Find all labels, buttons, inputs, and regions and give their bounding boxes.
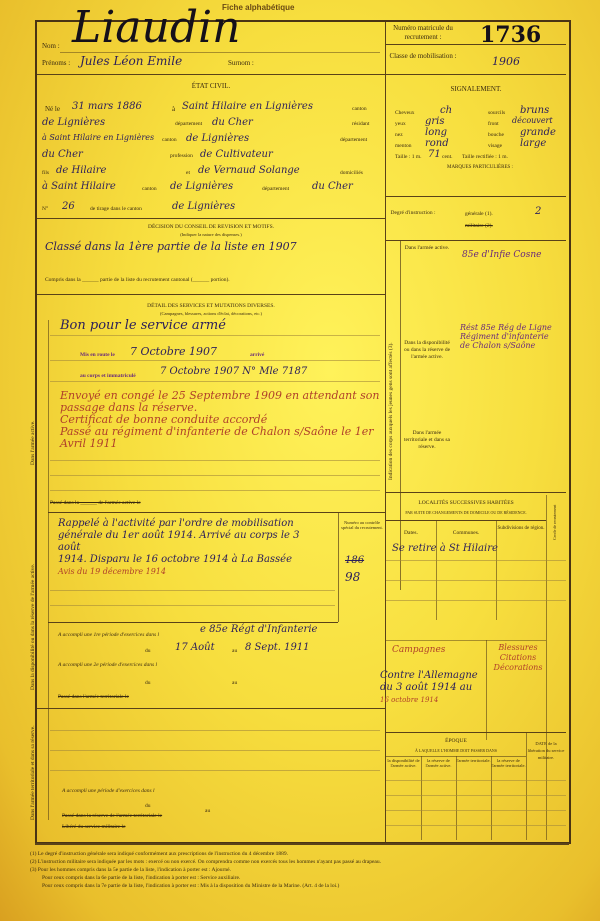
rule [50, 490, 380, 491]
decision-title: DÉCISION DU CONSEIL DE REVISION ET MOTIF… [37, 224, 385, 230]
numero-value-old: 186 [345, 555, 364, 566]
mother-name: de Vernaud Solange [198, 165, 300, 176]
birth-canton: de Lignières [42, 117, 105, 128]
localites-header-divider [386, 520, 546, 521]
mis-en-route-label: Mis en route le [80, 352, 115, 358]
tirage-label: de tirage dans le canton [90, 206, 142, 212]
birth-date: 31 mars 1886 [72, 101, 142, 112]
visage-label: visage [488, 143, 502, 149]
et-label: et [186, 170, 190, 176]
rappel-line-4: Avis du 19 décembre 1914 [58, 566, 313, 578]
tirage-no-label: N° [42, 206, 48, 212]
rappel-entries: Rappelé à l'activité par l'ordre de mobi… [58, 518, 313, 578]
arrive-label: arrivé [250, 352, 264, 358]
classe-divider [386, 74, 566, 75]
epoque-title: ÉPOQUE [386, 738, 526, 744]
ne-le-label: Né le [45, 105, 60, 113]
periode1-corps: e 85e Régt d'Infanterie [200, 624, 317, 635]
epoque-col-sep [526, 732, 527, 840]
rule [50, 730, 380, 731]
rule [50, 381, 380, 382]
territoriale-divider [37, 708, 385, 709]
campagne-line-3: 16 octobre 1914 [380, 694, 490, 706]
campagnes-value: Contre l'Allemagne du 3 août 1914 au 16 … [380, 670, 490, 706]
instruction-divider [386, 240, 566, 241]
menton-value: rond [425, 138, 449, 149]
passe-territoriale: Passé dans l'armée territoriale le [58, 694, 129, 700]
periode-terr-du: du [145, 803, 151, 809]
nez-value: long [425, 127, 447, 138]
profession: de Cultivateur [200, 149, 273, 160]
epoque-col-territoriale: l'armée territoriale. [456, 758, 491, 763]
surnom-label: Surnom : [228, 59, 254, 67]
periode1-au: 8 Sept. 1911 [245, 642, 310, 653]
corps-disponibilite-value: Rést 85e Rég de Ligne Régiment d'infante… [460, 323, 565, 350]
rule [386, 580, 566, 581]
compris-label: Compris dans la ______ partie de la list… [45, 277, 230, 283]
rule [50, 360, 380, 361]
residence: à Saint Hilaire en Lignières [42, 133, 154, 142]
au-corps-value: 7 Octobre 1907 N° Mle 7187 [160, 366, 307, 377]
blessures-label: Blessures Citations Décorations [488, 643, 548, 673]
epoque-col-reserve-territoriale: la réserve de l'armée territoriale. [491, 758, 526, 768]
taille-label: Taille : 1 m. [395, 154, 422, 160]
taille-value: 71 [428, 149, 441, 160]
localites-col-sep [436, 520, 437, 620]
instruction-generale-label: générale (1). [465, 211, 493, 217]
front-value: découvert [512, 116, 553, 125]
epoque-col-sep [491, 756, 492, 840]
localites-col-dates: Dates. [386, 530, 436, 536]
birth-place: Saint Hilaire en Lignières [182, 101, 313, 112]
epoque-divider [386, 732, 566, 733]
periode-terr-label: A accompli une période d'exercices dans … [62, 788, 155, 794]
services-side-territoriale: Dans l'armée territoriale et dans sa rés… [30, 725, 36, 820]
rappel-line-3: 1914. Disparu le 16 octobre 1914 à La Ba… [58, 554, 313, 566]
corps-territoriale-label: Dans l'armée territoriale et dans sa rés… [402, 430, 452, 451]
header-divider [37, 74, 385, 75]
service-entry-conge: Envoyé en congé le 25 Septembre 1909 en … [60, 390, 380, 414]
corps-divider [386, 492, 566, 493]
classe-label: Classe de mobilisation : [388, 52, 458, 61]
periode1-du: 17 Août [175, 642, 215, 653]
residence-canton-label: canton [162, 137, 177, 143]
domicile-dept-label: département [262, 186, 289, 192]
disponibilite-line-2: Régiment d'infanterie [460, 332, 565, 341]
periode2-label: A accompli une 2e période d'exercices da… [58, 662, 157, 668]
canton-label: canton [352, 106, 367, 112]
signalement-title: SIGNALEMENT. [386, 85, 566, 93]
rule [50, 605, 335, 606]
bouche-label: bouche [488, 132, 504, 138]
service-entry-passe: Passé au régiment d'infanterie de Chalon… [60, 426, 380, 450]
epoque-col-sep [456, 756, 457, 840]
etat-civil-title: ÉTAT CIVIL. [37, 82, 385, 90]
footnote-3: (3) Pour les hommes compris dans la 5e p… [30, 866, 570, 874]
matricule-divider [386, 44, 566, 45]
cent-label: cent. [442, 154, 453, 160]
corps-side-label: Indication des corps auxquels les jeunes… [388, 342, 394, 480]
a-label: à [172, 105, 175, 113]
column-divider [385, 22, 386, 842]
nom-underline [60, 52, 380, 53]
nom-value: Liaudin [72, 2, 240, 53]
corps-active-value: 85e d'Infie Cosne [462, 250, 541, 260]
numero-label: Numéro au contrôle spécial du recrutemen… [340, 520, 384, 530]
corps-active-label: Dans l'armée active. [402, 245, 452, 251]
footnote-1: (1) Le degré d'instruction générale sera… [30, 850, 570, 858]
domicilies-label: domiciliés [340, 170, 363, 176]
passe-label: Passé dans la ______ de l'armée active l… [50, 500, 141, 506]
decision-subtitle: (Indiquer la nature des dispenses.) [37, 232, 385, 237]
rule [50, 335, 380, 336]
rule [386, 560, 566, 561]
periode1-du-label: du [145, 648, 151, 654]
father-name: de Hilaire [56, 165, 106, 176]
periode1-au-label: au [232, 648, 237, 654]
menton-label: menton [395, 143, 412, 149]
rule [386, 810, 566, 811]
services-side-disponibilite: Dans la disponibilité ou dans la réserve… [30, 564, 36, 690]
residence-dept-label: département [340, 137, 367, 143]
matricule-label: Numéro matricule du recrutement : [388, 24, 458, 42]
sourcils-value: bruns [520, 105, 549, 116]
domicile-canton-label: canton [142, 186, 157, 192]
rule [50, 750, 380, 751]
corps-side-divider [400, 240, 401, 590]
tirage-canton: de Lignières [172, 201, 235, 212]
footnote-3c: Pour ceux compris dans la 7e partie de l… [30, 882, 570, 890]
classe-value: 1906 [492, 55, 520, 68]
footnotes-divider [35, 843, 569, 845]
libere: Libéré du service militaire le [62, 824, 126, 830]
epoque-col-sep [421, 756, 422, 840]
rule [50, 590, 335, 591]
numero-divider [338, 512, 339, 622]
rule [50, 770, 380, 771]
au-corps-label: au corps et immatriculé [80, 373, 136, 379]
sourcils-label: sourcils [488, 110, 505, 116]
services-title: DÉTAIL DES SERVICES ET MUTATIONS DIVERSE… [37, 303, 385, 309]
signalement-divider [386, 196, 566, 197]
taille-rectifiee-label: Taille rectifiée : 1 m. [462, 154, 508, 160]
departement-label: département [175, 121, 202, 127]
decision-divider [37, 294, 385, 295]
epoque-col-disponibilite: la disponibilité de l'armée active. [386, 758, 421, 768]
periode-divider [48, 622, 338, 623]
residence-department: du Cher [42, 149, 83, 160]
periode2-du-label: du [145, 680, 151, 686]
rappel-line-2: générale du 1er août 1914. Arrivé au cor… [58, 530, 313, 554]
mis-en-route-value: 7 Octobre 1907 [130, 345, 217, 358]
epoque-col-reserve-active: la réserve de l'armée active. [421, 758, 456, 768]
profession-label: profession [170, 153, 193, 159]
yeux-label: yeux [395, 121, 406, 127]
prenoms-value: Jules Léon Emile [80, 54, 182, 68]
periode2-au-label: au [232, 680, 237, 686]
services-subtitle: (Campagnes, blessures, actions d'éclat, … [37, 311, 385, 316]
etat-civil-divider [37, 218, 385, 219]
fils-label: fils [42, 170, 49, 176]
rule [50, 460, 380, 461]
localites-row-1: Se retire à St Hilaire [392, 543, 498, 554]
parents-domicile: à Saint Hilaire [42, 181, 116, 192]
nez-label: nez [395, 132, 403, 138]
yeux-value: gris [425, 116, 445, 127]
visage-value: large [520, 138, 546, 149]
localites-title: LOCALITÉS SUCCESSIVES HABITÉES [386, 500, 546, 506]
cheveux-value: ch [440, 105, 452, 116]
numero-value: 98 [345, 570, 360, 584]
disponibilite-line-3: de Chalon s/Saône [460, 341, 565, 350]
residence-canton: de Lignières [186, 133, 249, 144]
tirage-number: 26 [62, 201, 75, 212]
service-entries: Envoyé en congé le 25 Septembre 1909 en … [60, 390, 380, 450]
localites-col-subdivisions: Subdivisions de région. [496, 526, 546, 531]
rule [386, 795, 566, 796]
nom-label: Nom : [42, 42, 60, 50]
campagne-line-1: Contre l'Allemagne [380, 670, 490, 682]
periode-terr-au: au [205, 808, 210, 814]
front-label: front [488, 121, 499, 127]
epoque-date-label: DATE de la libération du service militai… [527, 740, 565, 761]
marques-label: MARQUES PARTICULIÈRES : [447, 165, 513, 170]
campagne-line-2: du 3 août 1914 au [380, 682, 490, 694]
instruction-generale-value: 2 [535, 206, 541, 217]
birth-department: du Cher [212, 117, 253, 128]
rule [386, 825, 566, 826]
rule [386, 780, 566, 781]
services-side-divider [48, 320, 49, 820]
footnotes: (1) Le degré d'instruction générale sera… [30, 850, 570, 890]
passe-reserve-terr: Passé dans la réserve de l'armée territo… [62, 813, 162, 819]
rappel-line-1: Rappelé à l'activité par l'ordre de mobi… [58, 518, 313, 530]
footnote-2: (2) L'instruction militaire sera indiqué… [30, 858, 570, 866]
prenoms-label: Prénoms : [42, 59, 70, 67]
campagnes-label: Campagnes [392, 645, 445, 655]
residant-label: résidant [352, 121, 369, 127]
localites-col-communes: Communes. [436, 530, 496, 536]
cheveux-label: Cheveux [395, 110, 415, 116]
localites-subtitle: PAR SUITE DE CHANGEMENTS DE DOMICILE OU … [386, 510, 546, 515]
rule [386, 600, 566, 601]
epoque-subtitle: À LAQUELLE L'HOMME DOIT PASSER DANS [386, 748, 526, 753]
periode1-label: A accompli une 1re période d'exercices d… [58, 632, 159, 638]
active-divider [48, 512, 385, 513]
decision-value: Classé dans la 1ère partie de la liste e… [45, 240, 297, 253]
disponibilite-line-1: Rést 85e Rég de Ligne [460, 323, 565, 332]
instruction-label: Degré d'instruction : [388, 210, 438, 217]
bon-pour-service: Bon pour le service armé [60, 318, 226, 333]
military-register-page: Fiche alphabétique Nom : Liaudin Prénoms… [0, 0, 600, 921]
instruction-militaire-label: militaire (2). [465, 223, 493, 229]
localites-col-sep [496, 520, 497, 620]
rule [50, 475, 380, 476]
services-side-active: Dans l'armée active. [30, 420, 36, 465]
domicile-department: du Cher [312, 181, 353, 192]
campagnes-divider [386, 640, 546, 641]
corps-disponibilite-label: Dans la disponibilité ou dans la réserve… [402, 340, 452, 361]
localites-col-cercle: Cercle de recrutement [552, 505, 557, 540]
bouche-value: grande [520, 127, 556, 138]
domicile-canton: de Lignières [170, 181, 233, 192]
footnote-3b: Pour ceux compris dans la 6e partie de l… [30, 874, 570, 882]
